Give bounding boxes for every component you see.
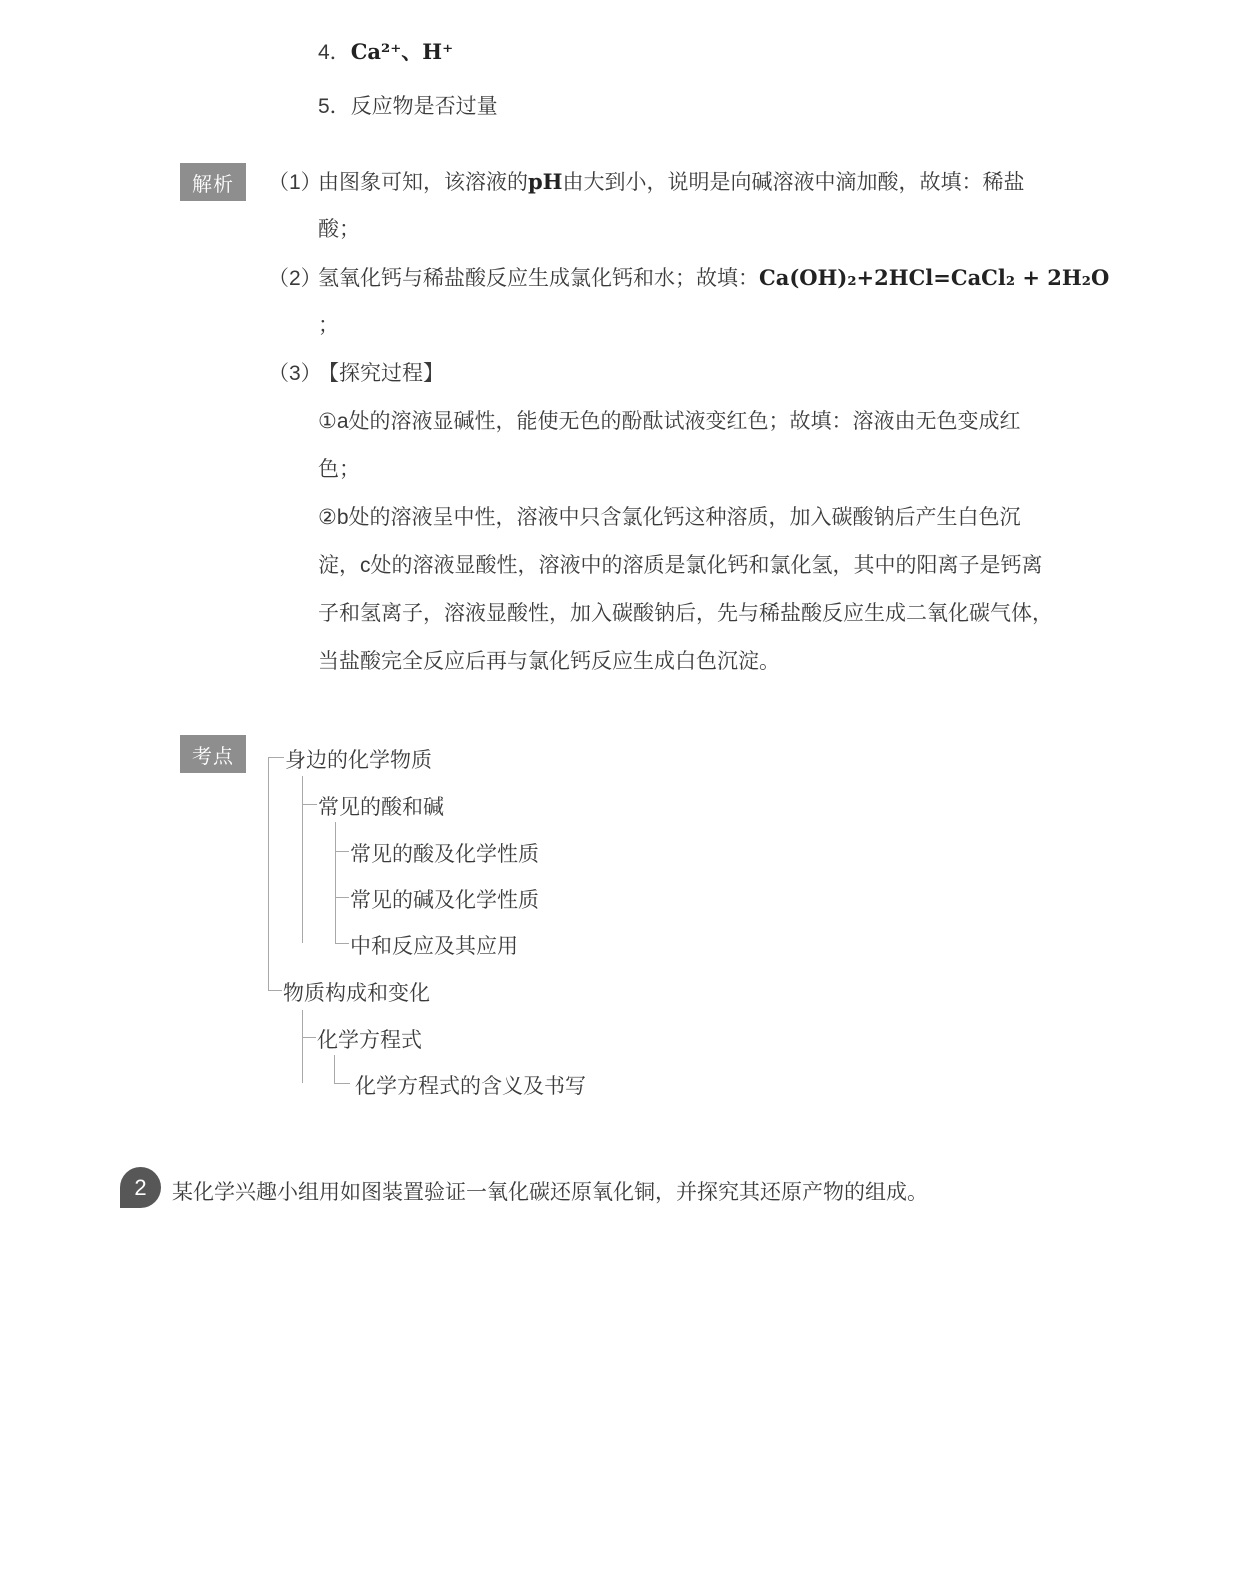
analysis-item-2-marker: （2） bbox=[268, 255, 318, 303]
tree-connector-h4 bbox=[335, 897, 349, 898]
answer-item-4-marker: 4． bbox=[318, 41, 351, 64]
tree-connector-h7 bbox=[302, 1037, 316, 1038]
analysis-item-1-line-1: （1）由图象可知，该溶液的pH由大到小，说明是向碱溶液中滴加酸，故填：稀盐 bbox=[268, 158, 1108, 206]
tree-connector-v2b bbox=[302, 1010, 303, 1083]
answer-item-4-formula: Ca²⁺、H⁺ bbox=[351, 39, 454, 64]
analysis-label: 解析 bbox=[180, 163, 246, 201]
analysis-item-1-marker: （1） bbox=[268, 159, 318, 207]
analysis-item-3-subline-6: 当盐酸完全反应后再与氯化钙反应生成白色沉淀。 bbox=[268, 638, 1108, 686]
tree-connector-h2 bbox=[302, 804, 317, 805]
analysis-item-1-text: 由图象可知，该溶液的 bbox=[318, 171, 528, 194]
tree-node-level1: 物质构成和变化 bbox=[283, 977, 430, 1007]
tree-node-level2: 常见的酸和碱 bbox=[318, 791, 444, 821]
analysis-item-1-formula: pH bbox=[528, 169, 563, 194]
analysis-item-3-subline-5: 子和氢离子，溶液显酸性，加入碳酸钠后，先与稀盐酸反应生成二氧化碳气体， bbox=[268, 590, 1108, 638]
analysis-item-3-subline-4: 淀，c处的溶液显酸性，溶液中的溶质是氯化钙和氯化氢，其中的阳离子是钙离 bbox=[268, 542, 1108, 590]
tree-node-level3: 常见的酸及化学性质 bbox=[350, 838, 539, 868]
tree-node-level1: 身边的化学物质 bbox=[285, 744, 432, 774]
exam-points-label: 考点 bbox=[180, 735, 246, 773]
answer-item-5: 5．反应物是否过量 bbox=[318, 90, 498, 120]
tree-node-level3: 中和反应及其应用 bbox=[350, 930, 518, 960]
question-number-badge: 2 bbox=[120, 1167, 161, 1208]
tree-node-level3: 常见的碱及化学性质 bbox=[350, 884, 539, 914]
analysis-item-3-line-1: （3）【探究过程】 bbox=[268, 350, 1108, 398]
analysis-item-2-line-2: ； bbox=[268, 302, 1108, 350]
tree-connector-h6 bbox=[268, 990, 282, 991]
tree-connector-v1 bbox=[268, 757, 269, 990]
answer-item-5-text: 反应物是否过量 bbox=[351, 95, 498, 118]
answer-item-5-marker: 5． bbox=[318, 95, 351, 118]
analysis-item-2-equation: Ca(OH)₂+2HCl=CaCl₂ + 2H₂O bbox=[759, 265, 1109, 290]
analysis-item-1-line-2: 酸； bbox=[268, 206, 1108, 254]
tree-connector-h8 bbox=[334, 1083, 350, 1084]
tree-connector-v3b bbox=[334, 1055, 335, 1083]
tree-connector-h5 bbox=[335, 943, 349, 944]
question-2-text: 某化学兴趣小组用如图装置验证一氧化碳还原氧化铜，并探究其还原产物的组成。 bbox=[172, 1176, 928, 1206]
answer-item-4: 4．Ca²⁺、H⁺ bbox=[318, 36, 453, 66]
tree-connector-v2a bbox=[302, 776, 303, 943]
analysis-item-3-subline-2: 色； bbox=[268, 446, 1108, 494]
tree-node-level3: 化学方程式的含义及书写 bbox=[355, 1070, 586, 1100]
analysis-item-1-text-cont: 由大到小，说明是向碱溶液中滴加酸，故填：稀盐 bbox=[563, 171, 1025, 194]
analysis-item-3-marker: （3） bbox=[268, 350, 318, 398]
analysis-body: （1）由图象可知，该溶液的pH由大到小，说明是向碱溶液中滴加酸，故填：稀盐 酸；… bbox=[268, 158, 1108, 686]
analysis-item-2-text: 氢氧化钙与稀盐酸反应生成氯化钙和水；故填： bbox=[318, 267, 759, 290]
tree-connector-h1 bbox=[268, 757, 284, 758]
document-page: 4．Ca²⁺、H⁺ 5．反应物是否过量 解析 （1）由图象可知，该溶液的pH由大… bbox=[0, 0, 1240, 1594]
tree-connector-v3a bbox=[335, 822, 336, 943]
analysis-item-3-heading: 【探究过程】 bbox=[318, 362, 444, 385]
analysis-item-2-line-1: （2）氢氧化钙与稀盐酸反应生成氯化钙和水；故填：Ca(OH)₂+2HCl=CaC… bbox=[268, 254, 1108, 302]
analysis-item-3-subline-1: ①a处的溶液显碱性，能使无色的酚酞试液变红色；故填：溶液由无色变成红 bbox=[268, 398, 1108, 446]
tree-connector-h3 bbox=[335, 851, 349, 852]
tree-node-level2: 化学方程式 bbox=[317, 1024, 422, 1054]
analysis-item-3-subline-3: ②b处的溶液呈中性，溶液中只含氯化钙这种溶质，加入碳酸钠后产生白色沉 bbox=[268, 494, 1108, 542]
